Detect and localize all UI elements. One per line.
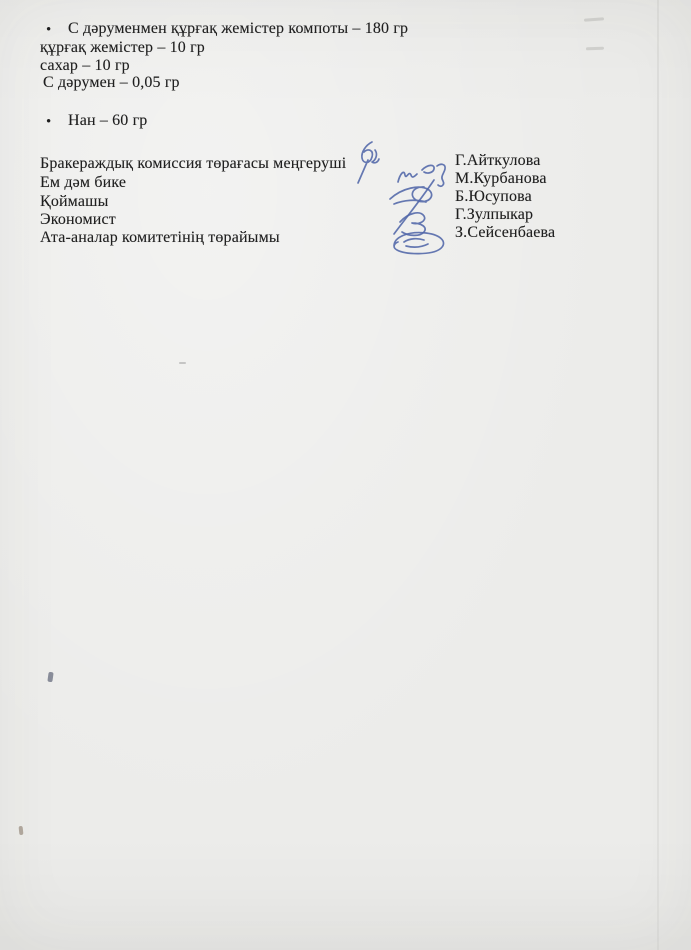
ink-speck <box>19 826 24 835</box>
commission-role: Ем дәм бике <box>40 174 126 192</box>
ingredient-sugar: сахар – 10 гр <box>40 57 130 75</box>
signature-1 <box>358 142 379 183</box>
ingredient-vitamin-c: С дәрумен – 0,05 гр <box>43 74 180 92</box>
ink-speck <box>47 672 53 683</box>
bleedthrough-smudge <box>586 47 604 51</box>
commission-role: Қоймашы <box>40 193 108 211</box>
commission-role: Бракераждық комиссия төрағасы меңгеруші <box>40 155 346 173</box>
bullet-dot-icon: • <box>46 22 51 39</box>
ingredient-dry-fruits: құрғақ жемістер – 10 гр <box>40 39 205 57</box>
signature-3 <box>390 187 432 204</box>
commission-name: З.Сейсенбаева <box>455 224 555 242</box>
scanned-document-page: • С дәруменмен құрғақ жемістер компоты –… <box>0 0 691 950</box>
commission-role: Ата-аналар комитетінің төрайымы <box>40 229 280 247</box>
signature-2 <box>398 164 445 186</box>
compote-title: С дәруменмен құрғақ жемістер компоты – 1… <box>68 20 408 38</box>
ink-speck <box>179 362 186 364</box>
bleedthrough-smudge <box>584 17 604 21</box>
bullet-dot-icon: • <box>46 114 51 131</box>
commission-role: Экономист <box>40 211 116 229</box>
bread-title: Нан – 60 гр <box>68 112 147 130</box>
scan-edge-line <box>657 0 659 950</box>
signatures-ink-cluster <box>342 136 470 268</box>
